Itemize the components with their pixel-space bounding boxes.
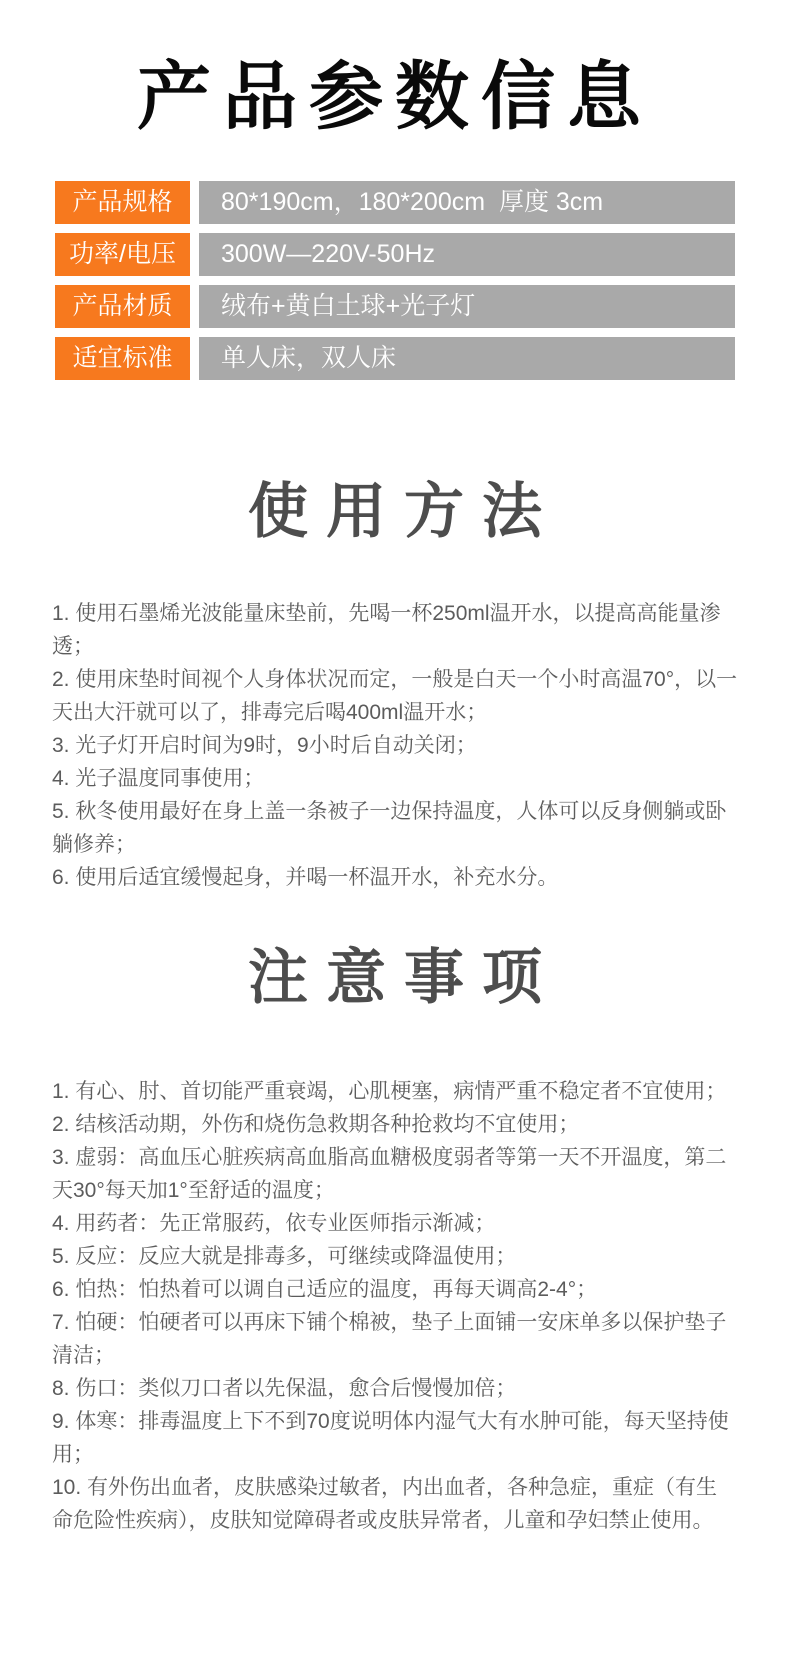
spec-value: 单人床，双人床 (199, 337, 735, 380)
notice-section-heading: 注意事项 (0, 944, 790, 1013)
spec-label: 产品规格 (55, 181, 190, 224)
usage-list-item: 2. 使用床垫时间视个人身体状况而定，一般是白天一个小时高温70°，以一天出大汗… (52, 663, 738, 729)
spec-label: 产品材质 (55, 285, 190, 328)
notice-list-item: 9. 体寒：排毒温度上下不到70度说明体内湿气大有水肿可能，每天坚持使用； (52, 1405, 738, 1471)
usage-section-heading: 使用方法 (0, 478, 790, 547)
spec-row: 产品规格 80*190cm，180*200cm 厚度 3cm (55, 181, 735, 224)
usage-list-item: 6. 使用后适宜缓慢起身，并喝一杯温开水，补充水分。 (52, 861, 738, 894)
notice-list-item: 2. 结核活动期，外伤和烧伤急救期各种抢救均不宜使用； (52, 1108, 738, 1141)
spec-label: 适宜标准 (55, 337, 190, 380)
spec-row: 功率/电压 300W—220V-50Hz (55, 233, 735, 276)
usage-list: 1. 使用石墨烯光波能量床垫前，先喝一杯250ml温开水，以提高高能量渗透；2.… (52, 597, 738, 894)
notice-list-item: 4. 用药者：先正常服药，依专业医师指示渐减； (52, 1207, 738, 1240)
spec-value: 300W—220V-50Hz (199, 233, 735, 276)
spec-value: 绒布+黄白土球+光子灯 (199, 285, 735, 328)
notice-list-item: 5. 反应：反应大就是排毒多，可继续或降温使用； (52, 1240, 738, 1273)
usage-list-item: 4. 光子温度同事使用； (52, 762, 738, 795)
spec-row: 产品材质 绒布+黄白土球+光子灯 (55, 285, 735, 328)
notice-list-item: 8. 伤口：类似刀口者以先保温，愈合后慢慢加倍； (52, 1372, 738, 1405)
notice-list-item: 7. 怕硬：怕硬者可以再床下铺个棉被，垫子上面铺一安床单多以保护垫子清洁； (52, 1306, 738, 1372)
notice-list-item: 3. 虚弱：高血压心脏疾病高血脂高血糖极度弱者等第一天不开温度，第二天30°每天… (52, 1141, 738, 1207)
notice-list: 1. 有心、肘、首切能严重衰竭，心肌梗塞，病情严重不稳定者不宜使用；2. 结核活… (52, 1075, 738, 1537)
page-title: 产品参数信息 (0, 58, 790, 139)
spec-label: 功率/电压 (55, 233, 190, 276)
notice-list-item: 6. 怕热：怕热着可以调自己适应的温度，再每天调高2-4°； (52, 1273, 738, 1306)
product-detail-page: { "theme": { "accent_orange": "#f7791e",… (0, 0, 790, 1677)
usage-list-item: 5. 秋冬使用最好在身上盖一条被子一边保持温度，人体可以反身侧躺或卧躺修养； (52, 795, 738, 861)
spec-row: 适宜标准 单人床，双人床 (55, 337, 735, 380)
usage-list-item: 1. 使用石墨烯光波能量床垫前，先喝一杯250ml温开水，以提高高能量渗透； (52, 597, 738, 663)
usage-list-item: 3. 光子灯开启时间为9时，9小时后自动关闭； (52, 729, 738, 762)
notice-list-item: 10. 有外伤出血者，皮肤感染过敏者，内出血者，各种急症，重症（有生命危险性疾病… (52, 1471, 738, 1537)
notice-list-item: 1. 有心、肘、首切能严重衰竭，心肌梗塞，病情严重不稳定者不宜使用； (52, 1075, 738, 1108)
spec-table: 产品规格 80*190cm，180*200cm 厚度 3cm 功率/电压 300… (55, 181, 735, 380)
spec-value: 80*190cm，180*200cm 厚度 3cm (199, 181, 735, 224)
